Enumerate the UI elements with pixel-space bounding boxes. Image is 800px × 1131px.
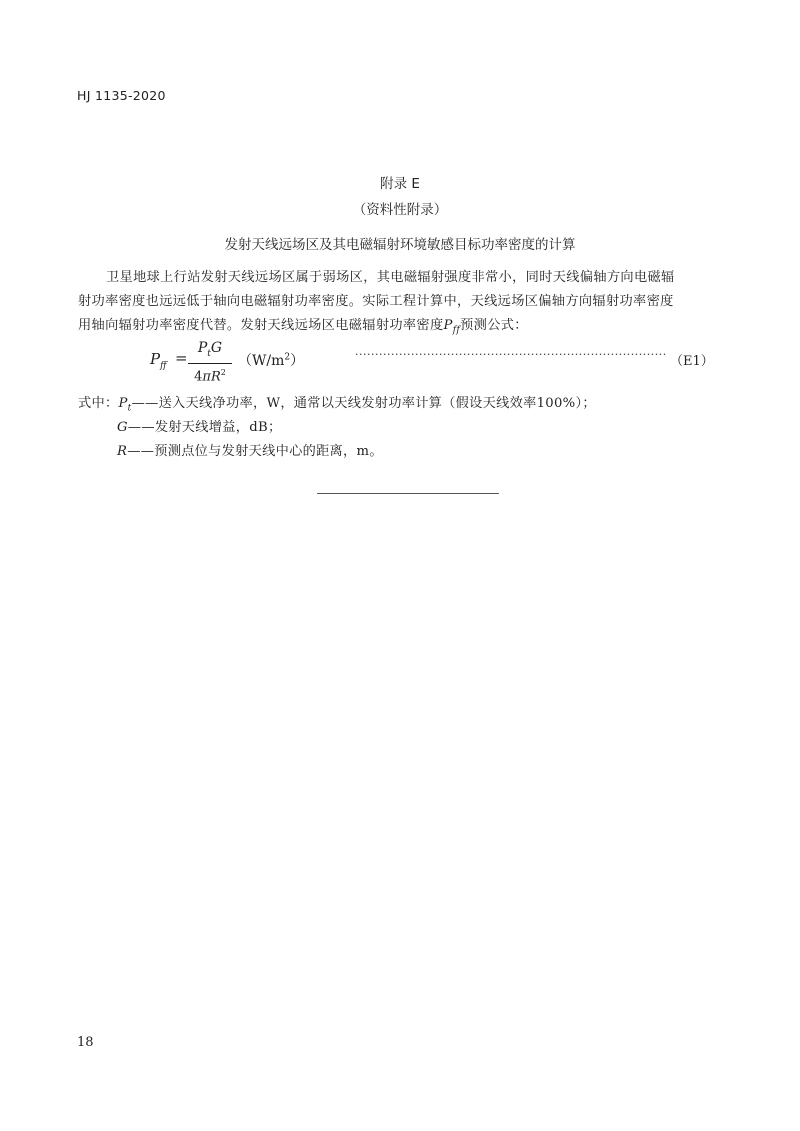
def-text-pt: 送入天线净功率，W，通常以天线发射功率计算（假设天线效率100%）；	[159, 396, 596, 411]
definition-r: R——预测点位与发射天线中心的距离，m。	[117, 440, 383, 459]
leader-dots: ········································…	[355, 348, 667, 361]
paragraph-line-3: 用轴向辐射功率密度代替。发射天线远场区电磁辐射功率密度Pff预测公式：	[78, 314, 528, 336]
numerator-g: G	[211, 340, 222, 356]
formula-e1: Pff = PtG 4πR2 （W/m2） ··················…	[150, 340, 710, 380]
formula-unit: （W/m2）	[238, 350, 304, 370]
def-symbol-r: R	[117, 444, 127, 459]
definition-pt: 式中：Pt——送入天线净功率，W，通常以天线发射功率计算（假设天线效率100%）…	[78, 392, 596, 414]
def-text-g: 发射天线增益，dB；	[155, 420, 282, 435]
formula-equals: =	[175, 349, 188, 367]
def-text-r: 预测点位与发射天线中心的距离，m。	[154, 444, 383, 459]
def-dash: ——	[127, 444, 154, 459]
formula-lhs: Pff	[150, 350, 166, 371]
appendix-subtitle: （资料性附录）	[0, 198, 800, 218]
formula-lhs-symbol: P	[150, 350, 160, 368]
denominator-r: R	[211, 369, 221, 384]
denominator-pi: π	[202, 369, 211, 384]
section-title: 发射天线远场区及其电磁辐射环境敏感目标功率密度的计算	[0, 233, 800, 253]
end-rule-divider	[317, 493, 499, 494]
paragraph-line-2: 射功率密度也远远低于轴向电磁辐射功率密度。实际工程计算中，天线远场区偏轴方向辐射…	[78, 290, 674, 309]
def-dash: ——	[132, 396, 159, 411]
standard-id-header: HJ 1135-2020	[77, 88, 166, 103]
definition-g: G——发射天线增益，dB；	[117, 416, 281, 435]
formula-lhs-sub: ff	[160, 361, 166, 371]
formula-denominator: 4πR2	[188, 365, 232, 385]
equation-number: （E1）	[670, 350, 714, 369]
unit-prefix: （W/m	[238, 353, 284, 369]
def-symbol-g: G	[117, 420, 128, 435]
appendix-title: 附录 E	[0, 172, 800, 192]
page-number: 18	[77, 1035, 94, 1050]
paragraph-line-1: 卫星地球上行站发射天线远场区属于弱场区，其电磁辐射强度非常小，同时天线偏轴方向电…	[106, 266, 675, 285]
def-symbol-p: P	[118, 396, 127, 411]
formula-fraction: PtG 4πR2	[188, 340, 232, 385]
formula-numerator: PtG	[188, 340, 232, 362]
numerator-p: P	[198, 340, 207, 356]
definitions-intro: 式中：	[78, 396, 118, 411]
symbol-p: P	[444, 318, 453, 333]
def-dash: ——	[128, 420, 155, 435]
unit-suffix: ）	[290, 353, 304, 369]
paragraph-line-3-suffix: 预测公式：	[460, 318, 528, 333]
paragraph-line-3-text: 用轴向辐射功率密度代替。发射天线远场区电磁辐射功率密度	[78, 318, 444, 333]
fraction-bar	[188, 363, 232, 364]
denominator-exp: 2	[221, 368, 226, 377]
